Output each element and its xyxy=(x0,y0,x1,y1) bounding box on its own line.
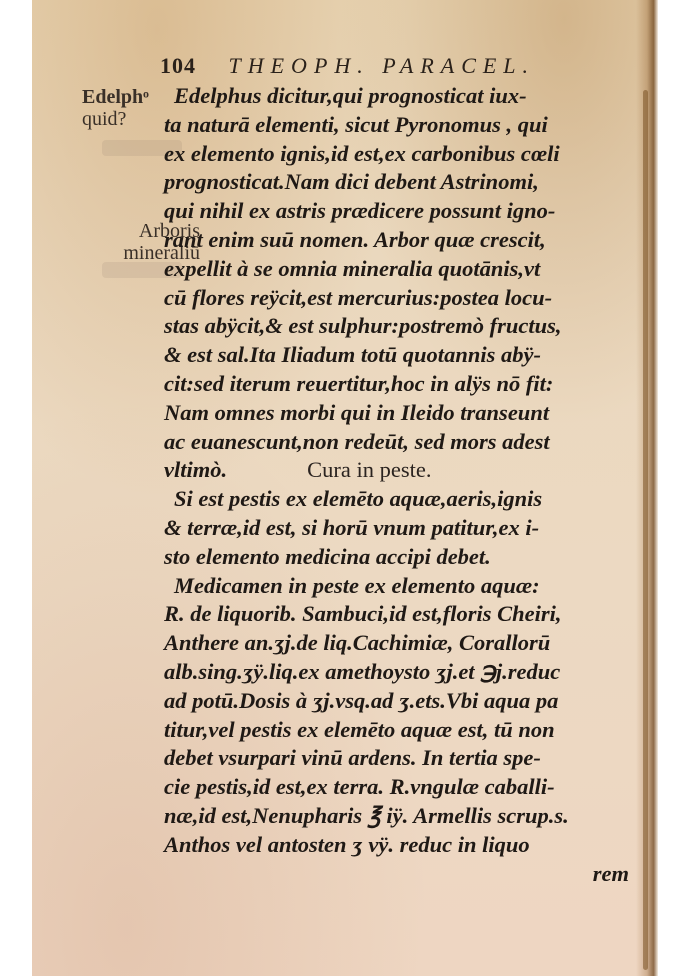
text-line: cū flores reÿcit,est mercurius:postea lo… xyxy=(164,284,629,313)
text-line: ex elemento ignis,id est,ex carbonibus c… xyxy=(164,140,629,169)
running-head: 104 THEOPH. PARACEL. xyxy=(160,53,535,79)
text-line: expellit à se omnia mineralia quotānis,v… xyxy=(164,255,629,284)
text-line: & est sal.Ita Iliadum totū quotannis abÿ… xyxy=(164,341,629,370)
text-line: alb.sing.ʒÿ.liq.ex amethoysto ʒj.et ℈j.r… xyxy=(164,658,629,687)
text-line: Anthere an.ʒj.de liq.Cachimiæ, Corallorū xyxy=(164,629,629,658)
text-line: & terræ,id est, si horū vnum patitur,ex … xyxy=(164,514,629,543)
page-number: 104 xyxy=(160,53,196,78)
text-line-with-heading: vltimò.Cura in peste. xyxy=(164,456,629,485)
text-line: Edelphus dicitur,qui prognosticat iux- xyxy=(164,82,629,111)
text-line: Anthos vel antosten ʒ vÿ. reduc in liquo xyxy=(164,831,629,860)
text-line: qui nihil ex astris prædicere possunt ig… xyxy=(164,197,629,226)
binding-stain xyxy=(643,90,648,970)
text-line: ac euanescunt,non redeūt, sed mors adest xyxy=(164,428,629,457)
text-line: Si est pestis ex elemēto aquæ,aeris,igni… xyxy=(164,485,629,514)
text-line: Nam omnes morbi qui in Ileido transeunt xyxy=(164,399,629,428)
text-line: sto elemento medicina accipi debet. xyxy=(164,543,629,572)
text-line: debet vsurpari vinū ardens. In tertia sp… xyxy=(164,744,629,773)
text-line: Medicamen in peste ex elemento aquæ: xyxy=(164,572,629,601)
text-fragment: vltimò. xyxy=(164,457,227,482)
text-line: rant enim suū nomen. Arbor quæ crescit, xyxy=(164,226,629,255)
text-line: cie pestis,id est,ex terra. R.vngulæ cab… xyxy=(164,773,629,802)
text-line: cit:sed iterum reuertitur,hoc in alÿs nō… xyxy=(164,370,629,399)
text-line: titur,vel pestis ex elemēto aquæ est, tū… xyxy=(164,716,629,745)
book-page: 104 THEOPH. PARACEL. Edelphᵒ quid? Arbor… xyxy=(32,0,658,976)
text-line: prognosticat.Nam dici debent Astrinomi, xyxy=(164,168,629,197)
text-line: ad potū.Dosis à ʒj.vsq.ad ʒ.ets.Vbi aqua… xyxy=(164,687,629,716)
text-line: ta naturā elementi, sicut Pyronomus , qu… xyxy=(164,111,629,140)
main-text-block: Edelphus dicitur,qui prognosticat iux- t… xyxy=(164,82,629,888)
text-line: stas abÿcit,& est sulphur:postremò fruct… xyxy=(164,312,629,341)
catchword: rem xyxy=(164,860,629,889)
section-heading: Cura in peste. xyxy=(307,457,431,482)
text-line: næ,id est,Nenupharis ℥ iÿ. Armellis scru… xyxy=(164,802,629,831)
running-title: THEOPH. PARACEL. xyxy=(229,53,536,78)
text-line: R. de liquorib. Sambuci,id est,floris Ch… xyxy=(164,600,629,629)
